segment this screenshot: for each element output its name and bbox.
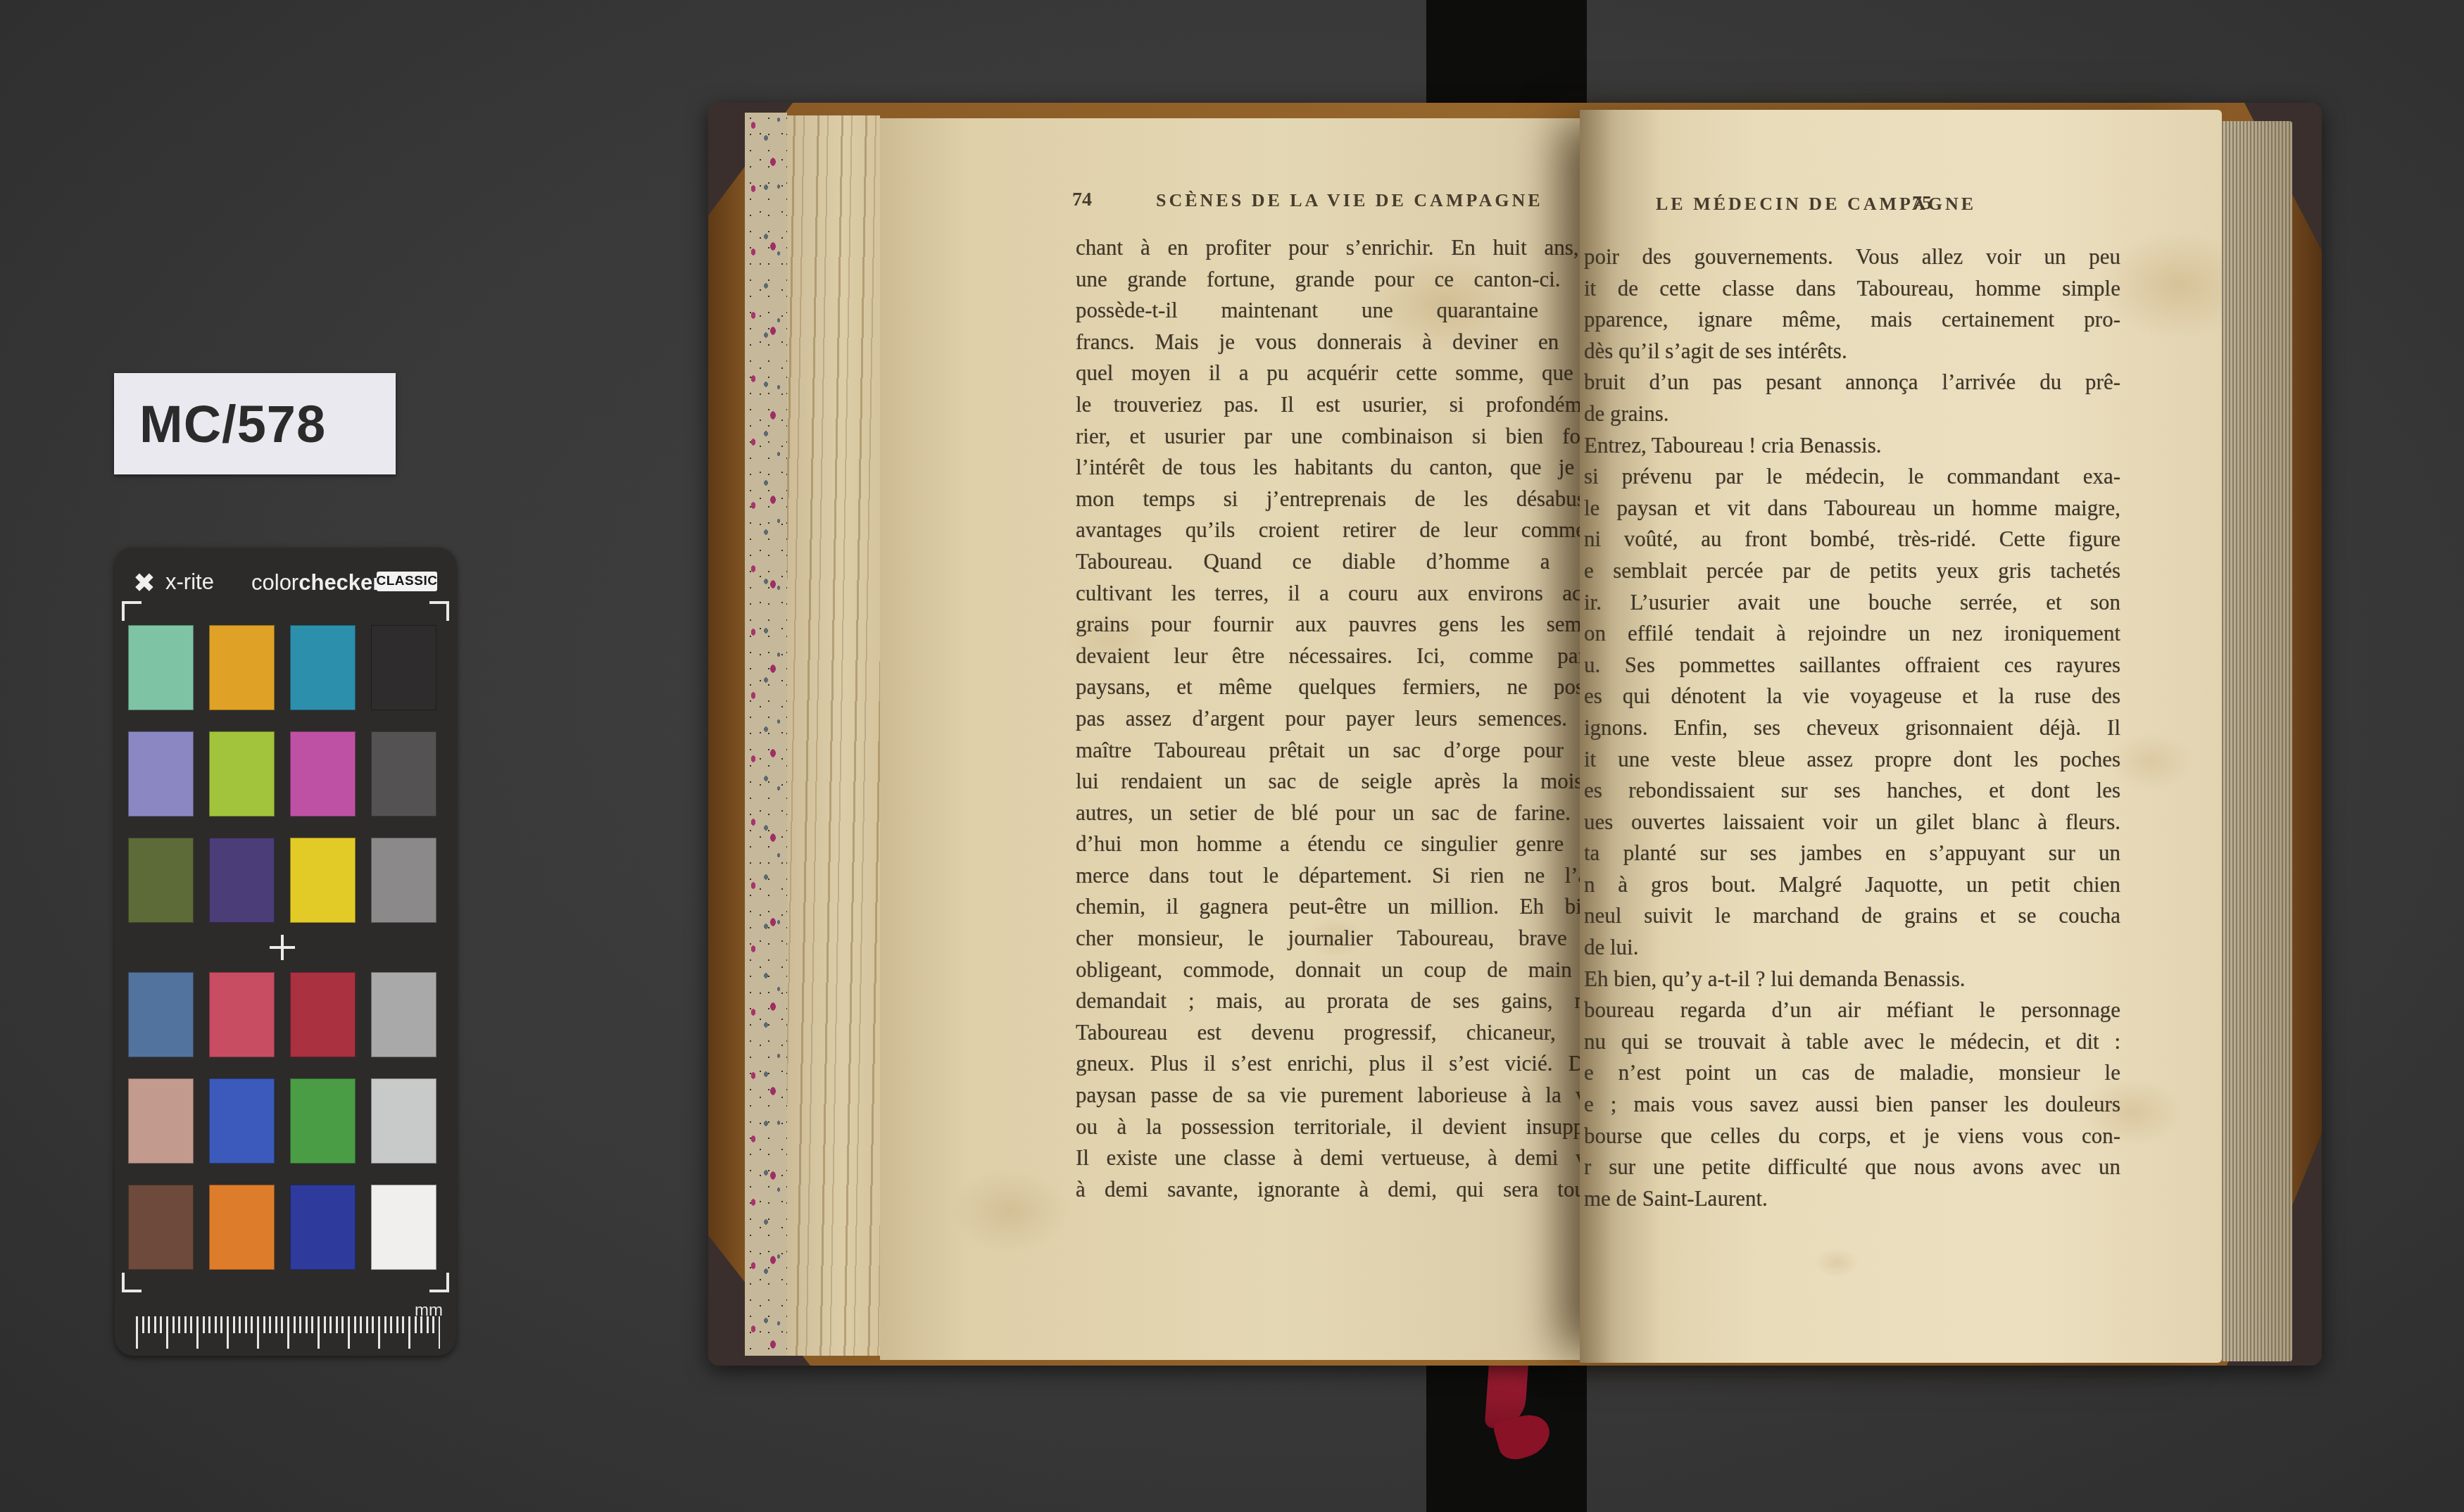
color-swatch — [209, 838, 275, 923]
marbled-endpaper-edge — [745, 113, 787, 1356]
text-line: pas assez d’argent pour payer leurs seme… — [1076, 703, 1602, 735]
text-line: chemin, il gagnera peut-être un million.… — [1076, 891, 1602, 923]
ruler-ticks-tall — [136, 1316, 440, 1349]
text-line: cher monsieur, le journalier Taboureau, … — [1076, 923, 1602, 955]
text-line: mon temps si j’entreprenais de les désab… — [1076, 484, 1602, 515]
text-line: nu qui se trouvait à table avec le médec… — [1584, 1026, 2120, 1058]
crop-mark-icon — [122, 601, 142, 621]
text-line: es rebondissaient sur ses hanches, et do… — [1584, 775, 2120, 807]
running-head-left: SCÈNES DE LA VIE DE CAMPAGNE — [1156, 190, 1543, 211]
text-line: le trouveriez pas. Il est usurier, si pr… — [1076, 389, 1602, 421]
color-swatch — [290, 731, 356, 817]
text-line: Taboureau est devenu progressif, chicane… — [1076, 1017, 1602, 1049]
colorchecker-header: ✖ x-rite colorchecker CLASSIC — [115, 566, 456, 600]
text-line: me de Saint-Laurent. — [1584, 1183, 2120, 1215]
text-line: maître Taboureau prêtait un sac d’orge p… — [1076, 735, 1602, 767]
color-swatch — [371, 1078, 436, 1164]
book-page-right: LE MÉDECIN DE CAMPAGNE 75 poir des gouve… — [1580, 110, 2222, 1363]
text-line: quel moyen il a pu acquérir cette somme,… — [1076, 358, 1602, 389]
color-swatch — [371, 838, 436, 923]
page-number-left: 74 — [1072, 189, 1092, 211]
color-swatch — [128, 838, 194, 923]
text-line: paysans, et même quelques fermiers, ne p… — [1076, 672, 1602, 703]
text-line: chant à en profiter pour s’enrichir. En … — [1076, 232, 1602, 264]
crop-mark-icon — [429, 1273, 449, 1292]
book-page-left: 74 SCÈNES DE LA VIE DE CAMPAGNE chant à … — [880, 118, 1602, 1360]
text-line: boureau regarda d’un air méfiant le pers… — [1584, 995, 2120, 1026]
text-line: paysan passe de sa vie purement laborieu… — [1076, 1080, 1602, 1111]
text-line: gneux. Plus il s’est enrichi, plus il s’… — [1076, 1048, 1602, 1080]
text-line: avantages qu’ils croient retirer de leur… — [1076, 515, 1602, 546]
text-line: bruit d’un pas pesant annonça l’arrivée … — [1584, 367, 2120, 398]
text-line: u. Ses pommettes saillantes offraient ce… — [1584, 650, 2120, 681]
text-line: Eh bien, qu’y a-t-il ? lui demanda Benas… — [1584, 964, 2120, 995]
text-line: pparence, ignare même, mais certainement… — [1584, 304, 2120, 336]
text-line: neul suivit le marchand de grains et se … — [1584, 900, 2120, 932]
crop-mark-icon — [429, 601, 449, 621]
text-line: rier, et usurier par une combinaison si … — [1076, 421, 1602, 453]
text-line: es qui dénotent la vie voyageuse et la r… — [1584, 681, 2120, 712]
color-swatch — [290, 972, 356, 1057]
shelfmark-text: MC/578 — [114, 394, 326, 454]
text-line: ou à la possession territoriale, il devi… — [1076, 1111, 1602, 1143]
text-line: de grains. — [1584, 398, 2120, 430]
text-line: de lui. — [1584, 932, 2120, 964]
color-swatch — [290, 838, 356, 923]
text-line: le paysan et vit dans Taboureau un homme… — [1584, 493, 2120, 524]
color-swatch — [290, 1078, 356, 1164]
color-swatch — [371, 731, 436, 817]
text-line: e semblait percée par de petits yeux gri… — [1584, 555, 2120, 587]
page-number-right: 75 — [1912, 192, 1932, 215]
color-swatch — [290, 1185, 356, 1270]
text-line: on effilé tendait à rejoindre un nez iro… — [1584, 618, 2120, 650]
text-line: dès qu’il s’agit de ses intérêts. — [1584, 336, 2120, 367]
text-line: l’intérêt de tous les habitants du canto… — [1076, 452, 1602, 484]
color-swatch — [128, 1078, 194, 1164]
wordmark-bold: checker — [298, 570, 381, 595]
text-line: ir. L’usurier avait une bouche serrée, e… — [1584, 587, 2120, 619]
color-swatch — [128, 731, 194, 817]
text-line: grains pour fournir aux pauvres gens les… — [1076, 609, 1602, 641]
text-line: Taboureau. Quand ce diable d’homme a vu — [1076, 546, 1602, 578]
text-line: merce dans tout le département. Si rien … — [1076, 860, 1602, 892]
text-line: poir des gouvernements. Vous allez voir … — [1584, 241, 2120, 273]
colorchecker-wordmark: colorchecker — [251, 570, 381, 596]
text-line: devaient leur être nécessaires. Ici, com… — [1076, 641, 1602, 672]
text-line: ues ouvertes laissaient voir un gilet bl… — [1584, 807, 2120, 838]
xrite-brand-text: x-rite — [165, 569, 214, 595]
right-page-text: poir des gouvernements. Vous allez voir … — [1584, 241, 2120, 1220]
text-line: n à gros bout. Malgré Jaquotte, un petit… — [1584, 869, 2120, 901]
text-line: possède-t-il maintenant une quarantaine … — [1076, 295, 1602, 327]
text-line: à demi savante, ignorante à demi, qui se… — [1076, 1174, 1602, 1206]
color-swatch — [128, 1185, 194, 1270]
text-line: obligeant, commode, donnait un coup de m… — [1076, 955, 1602, 986]
text-line: Entrez, Taboureau ! cria Benassis. — [1584, 430, 2120, 462]
text-line: ni voûté, au front bombé, très-ridé. Cet… — [1584, 524, 2120, 555]
text-line: autres, un setier de blé pour un sac de … — [1076, 798, 1602, 829]
color-swatch — [290, 625, 356, 710]
text-line: francs. Mais je vous donnerais à deviner… — [1076, 327, 1602, 358]
color-swatch — [209, 1078, 275, 1164]
text-line: e ; mais vous savez aussi bien panser le… — [1584, 1089, 2120, 1121]
page-block-fore-edge — [2222, 121, 2292, 1361]
text-line: cultivant les terres, il a couru aux env… — [1076, 578, 1602, 610]
shelfmark-label: MC/578 — [114, 373, 396, 474]
registration-cross-icon — [270, 935, 295, 960]
color-swatch — [128, 972, 194, 1057]
color-swatch — [209, 731, 275, 817]
colorchecker-card: ✖ x-rite colorchecker CLASSIC mm — [115, 548, 456, 1356]
wordmark-light: color — [251, 570, 298, 595]
text-line: demandait ; mais, au prorata de ses gain… — [1076, 985, 1602, 1017]
text-line: lui rendaient un sac de seigle après la … — [1076, 766, 1602, 798]
color-swatch — [128, 625, 194, 710]
text-line: it une veste bleue assez propre dont les… — [1584, 744, 2120, 776]
classic-badge: CLASSIC — [377, 572, 437, 591]
color-swatch — [371, 1185, 436, 1270]
color-swatch — [209, 972, 275, 1057]
xrite-logo-icon: ✖ — [133, 570, 156, 597]
text-line: ta planté sur ses jambes en s’appuyant s… — [1584, 838, 2120, 869]
stained-page-edges — [787, 115, 880, 1356]
photo-stage: MC/578 ✖ x-rite colorchecker CLASSIC mm — [0, 0, 2464, 1512]
color-swatch — [371, 625, 436, 710]
text-line: une grande fortune, grande pour ce canto… — [1076, 264, 1602, 296]
text-line: Il existe une classe à demi vertueuse, à… — [1076, 1142, 1602, 1174]
text-line: r sur une petite difficulté que nous avo… — [1584, 1152, 2120, 1183]
color-swatch — [371, 972, 436, 1057]
left-page-text: chant à en profiter pour s’enrichir. En … — [1076, 232, 1602, 1211]
color-swatch — [209, 625, 275, 710]
text-line: si prévenu par le médecin, le commandant… — [1584, 461, 2120, 493]
swatch-grid — [128, 625, 436, 1242]
text-line: e n’est point un cas de maladie, monsieu… — [1584, 1057, 2120, 1089]
text-line: bourse que celles du corps, et je viens … — [1584, 1121, 2120, 1152]
crop-mark-icon — [122, 1273, 142, 1292]
text-line: ignons. Enfin, ses cheveux grisonnaient … — [1584, 712, 2120, 744]
color-swatch — [209, 1185, 275, 1270]
text-line: d’hui mon homme a étendu ce singulier ge… — [1076, 829, 1602, 860]
text-line: it de cette classe dans Taboureau, homme… — [1584, 273, 2120, 305]
mm-ruler: mm — [136, 1316, 440, 1350]
